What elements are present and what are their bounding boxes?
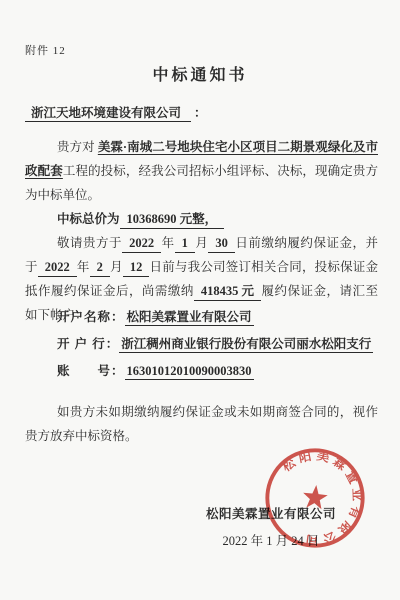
text-run: 月	[110, 260, 123, 274]
text-run: 10368690 元整，	[120, 211, 225, 229]
text-run: 敬请贵方于	[57, 236, 122, 250]
body-text: 贵方对 美霖·南城二号地块住宅小区项目二期景观绿化及市政配套工程的投标，经我公司…	[25, 135, 378, 327]
paragraph-award: 贵方对 美霖·南城二号地块住宅小区项目二期景观绿化及市政配套工程的投标，经我公司…	[25, 135, 378, 207]
signature-block: 松阳美霖置业有限公司 2022 年 1 月 24 日	[206, 501, 336, 555]
bank-label: 开 户 行：	[57, 337, 119, 351]
signature-company: 松阳美霖置业有限公司	[206, 501, 336, 528]
text-run: 中标总价为	[57, 212, 120, 226]
paragraph-total-price: 中标总价为10368690 元整，	[25, 207, 378, 231]
text-run: 2022	[38, 259, 77, 277]
text-run: 年	[161, 236, 175, 250]
bank-row: 开 户 行：浙江稠州商业银行股份有限公司丽水松阳支行	[57, 331, 373, 358]
recipient-colon: ：	[191, 106, 207, 120]
account-number-row: 账 号：16301012010090003830	[57, 358, 373, 385]
text-run: 418435 元	[194, 283, 261, 301]
account-name-row: 开户名称：松阳美霖置业有限公司	[57, 304, 373, 331]
account-name-value: 松阳美霖置业有限公司	[125, 310, 254, 326]
document-page: 附件 12 中标通知书 浙江天地环境建设有限公司： 贵方对 美霖·南城二号地块住…	[0, 0, 400, 600]
account-number-value: 16301012010090003830	[125, 364, 254, 380]
text-run: 贵方对	[57, 140, 98, 154]
text-run: 2	[90, 259, 110, 277]
text-run: 30	[208, 235, 235, 253]
account-number-label: 账 号：	[57, 364, 125, 378]
page-title: 中标通知书	[0, 62, 400, 85]
account-name-label: 开户名称：	[57, 310, 125, 324]
signature-date: 2022 年 1 月 24 日	[206, 528, 336, 555]
bank-value: 浙江稠州商业银行股份有限公司丽水松阳支行	[119, 337, 373, 353]
recipient-name: 浙江天地环境建设有限公司	[25, 106, 191, 122]
text-run: 年	[77, 260, 90, 274]
text-run: 工程的投标，经我公司招标小组评标、决标，现确定贵方为中标单位。	[25, 164, 378, 202]
text-run: 2022	[122, 235, 161, 253]
text-run: 月	[195, 236, 209, 250]
text-run: 12	[123, 259, 150, 277]
text-run: 1	[175, 235, 195, 253]
recipient-line: 浙江天地环境建设有限公司：	[25, 103, 207, 121]
paragraph-forfeit-clause: 如贵方未如期缴纳履约保证金或未如期商签合同的，视作贵方放弃中标资格。	[25, 400, 378, 448]
bank-account-block: 开户名称：松阳美霖置业有限公司 开 户 行：浙江稠州商业银行股份有限公司丽水松阳…	[57, 304, 373, 385]
attachment-label: 附件 12	[25, 42, 66, 58]
